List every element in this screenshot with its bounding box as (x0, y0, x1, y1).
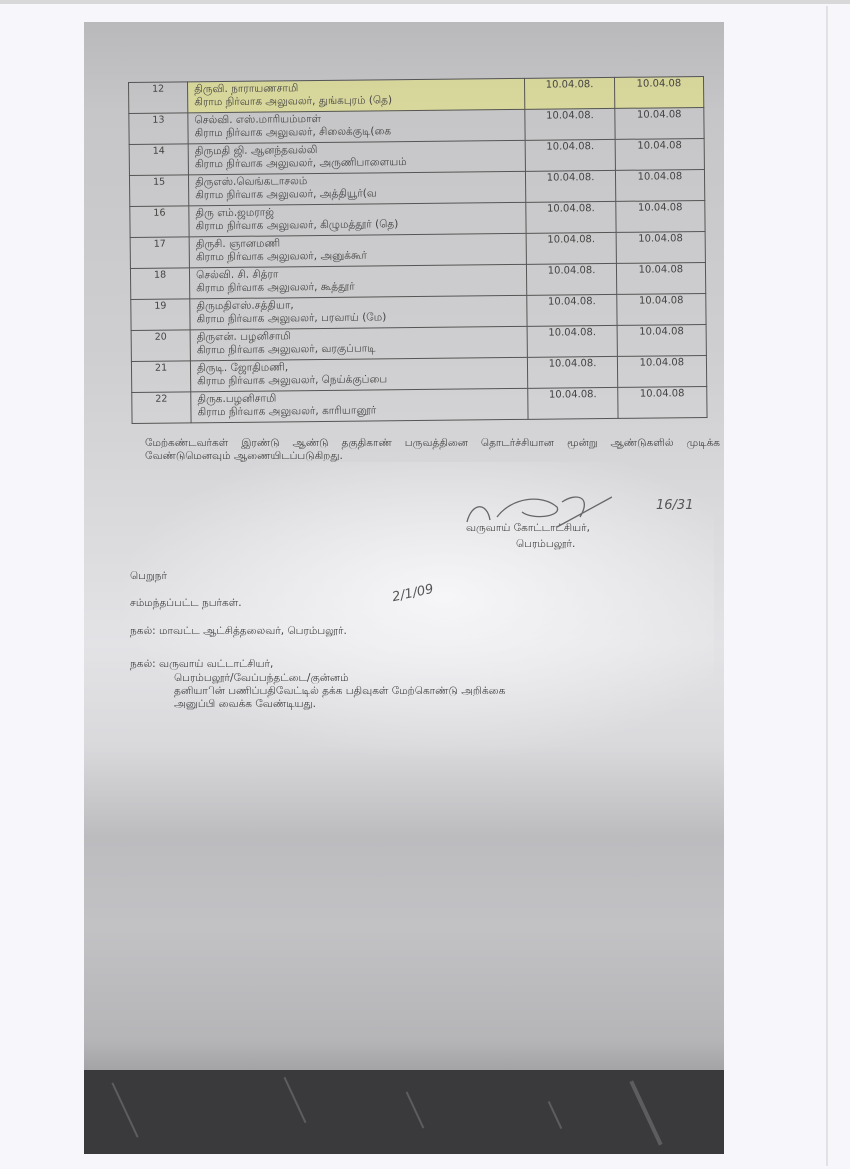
date-cell-1: 10.04.08. (527, 263, 617, 295)
date-cell-2: 10.04.08 (614, 76, 704, 108)
copy-instruction-end: அனுப்பி வைக்க வேண்டியது. (174, 698, 316, 711)
serial-number-cell: 19 (131, 299, 190, 331)
light-glare (114, 462, 714, 762)
employee-cell: திரு எம்.ஜமராஜ்கிராம நிர்வாக அலுவலர், கி… (189, 202, 527, 237)
employee-designation: கிராம நிர்வாக அலுவலர், கிழுமத்தூர் (தெ) (196, 217, 520, 233)
serial-number-cell: 17 (130, 237, 189, 269)
date-cell-2: 10.04.08 (616, 200, 706, 232)
serial-number-cell: 20 (131, 330, 190, 362)
employee-cell: திருசி. ஞானமணிகிராம நிர்வாக அலுவலர், அனு… (189, 233, 527, 268)
date-cell-2: 10.04.08 (617, 324, 707, 356)
employee-designation: கிராம நிர்வாக அலுவலர், அருணிபாளையம் (195, 155, 519, 171)
employee-cell: திருவி. நாராயணசாமிகிராம நிர்வாக அலுவலர்,… (188, 78, 526, 113)
date-cell-1: 10.04.08. (525, 77, 615, 109)
table-row: 22திருக.பழனிசாமிகிராம நிர்வாக அலுவலர், க… (132, 386, 707, 423)
copy-instruction: தனியாின் பணிப்பதிவேட்டில் தக்க பதிவுகள் … (174, 685, 724, 698)
scan-edge (0, 0, 850, 4)
employee-cell: திருமதிஎஸ்.சத்தியா,கிராம நிர்வாக அலுவலர்… (190, 295, 528, 330)
employee-designation: கிராம நிர்வாக அலுவலர், அத்தியூர்(வ (195, 186, 519, 202)
employee-cell: திருமதி ஜி. ஆனந்தவல்லிகிராம நிர்வாக அலுவ… (188, 140, 526, 175)
employee-designation: கிராம நிர்வாக அலுவலர், சிலைக்குடி(கை (195, 124, 519, 140)
serial-number-cell: 21 (131, 361, 190, 393)
date-cell-1: 10.04.08. (525, 108, 615, 140)
date-cell-1: 10.04.08. (527, 325, 617, 357)
date-cell-1: 10.04.08. (528, 387, 618, 419)
copy-tahsildar-offices: பெரம்பலூர்/வேப்பந்தட்டை/குன்னம் (174, 672, 349, 685)
signatory-title: வருவாய் கோட்டாட்சியர், (466, 522, 590, 535)
employee-cell: திருக.பழனிசாமிகிராம நிர்வாக அலுவலர், கார… (191, 388, 529, 423)
date-cell-2: 10.04.08 (617, 355, 707, 387)
signature-number-note: 16/31 (656, 498, 693, 513)
serial-number-cell: 15 (129, 175, 188, 207)
employee-cell: செல்வி. எஸ்.மாரியம்மாள்கிராம நிர்வாக அலு… (188, 109, 526, 144)
date-cell-2: 10.04.08 (615, 107, 705, 139)
to-label: பெறுநர் (130, 570, 167, 583)
date-cell-1: 10.04.08. (525, 139, 615, 171)
employee-cell: திருஎன். பழனிசாமிகிராம நிர்வாக அலுவலர், … (190, 326, 528, 361)
employee-cell: திருஎஸ்.வெங்கடாசலம்கிராம நிர்வாக அலுவலர்… (189, 171, 527, 206)
date-cell-2: 10.04.08 (617, 293, 707, 325)
employee-cell: செல்வி. சி. சித்ராகிராம நிர்வாக அலுவலர்,… (190, 264, 528, 299)
date-cell-1: 10.04.08. (527, 294, 617, 326)
order-paragraph: மேற்கண்டவர்கள் இரண்டு ஆண்டு தகுதிகாண் பர… (145, 437, 720, 463)
signatory-place: பெரம்பலூர். (516, 538, 575, 551)
date-cell-2: 10.04.08 (617, 386, 707, 418)
date-cell-1: 10.04.08. (526, 170, 616, 202)
employee-designation: கிராம நிர்வாக அலுவலர், நெய்க்குப்பை (197, 372, 521, 388)
date-cell-2: 10.04.08 (615, 138, 705, 170)
serial-number-cell: 13 (129, 113, 188, 145)
dark-table-surface (84, 1070, 724, 1154)
date-cell-1: 10.04.08. (526, 201, 616, 233)
date-cell-2: 10.04.08 (615, 169, 705, 201)
employee-cell: திருடி. ஜோதிமணி,கிராம நிர்வாக அலுவலர், ந… (191, 357, 529, 392)
serial-number-cell: 18 (130, 268, 189, 300)
serial-number-cell: 16 (130, 206, 189, 238)
scan-edge (826, 6, 828, 1166)
serial-number-cell: 12 (129, 82, 188, 114)
date-cell-2: 10.04.08 (616, 262, 706, 294)
serial-number-cell: 14 (129, 144, 188, 176)
to-value: சம்மந்தப்பட்ட நபர்கள். (130, 597, 242, 610)
date-cell-1: 10.04.08. (526, 232, 616, 264)
employee-designation: கிராம நிர்வாக அலுவலர், காரியானூர் (198, 403, 522, 419)
employee-designation: கிராம நிர்வாக அலுவலர், துங்கபுரம் (தெ) (194, 93, 518, 109)
serial-number-cell: 22 (132, 392, 191, 424)
date-cell-1: 10.04.08. (528, 356, 618, 388)
employee-designation: கிராம நிர்வாக அலுவலர், கூத்தூர் (196, 279, 520, 295)
employee-designation: கிராம நிர்வாக அலுவலர், அனுக்கூர் (196, 248, 520, 264)
copy-tahsildar: நகல்: வருவாய் வட்டாட்சியர், (130, 658, 273, 671)
date-cell-2: 10.04.08 (616, 231, 706, 263)
employee-designation: கிராம நிர்வாக அலுவலர், வரகுப்பாடி (197, 341, 521, 357)
roster-table: 12திருவி. நாராயணசாமிகிராம நிர்வாக அலுவலர… (128, 76, 708, 424)
copy-collector: நகல்: மாவட்ட ஆட்சித்தலைவர், பெரம்பலூர். (130, 625, 347, 638)
employee-designation: கிராம நிர்வாக அலுவலர், பரவாய் (மே) (197, 310, 521, 326)
